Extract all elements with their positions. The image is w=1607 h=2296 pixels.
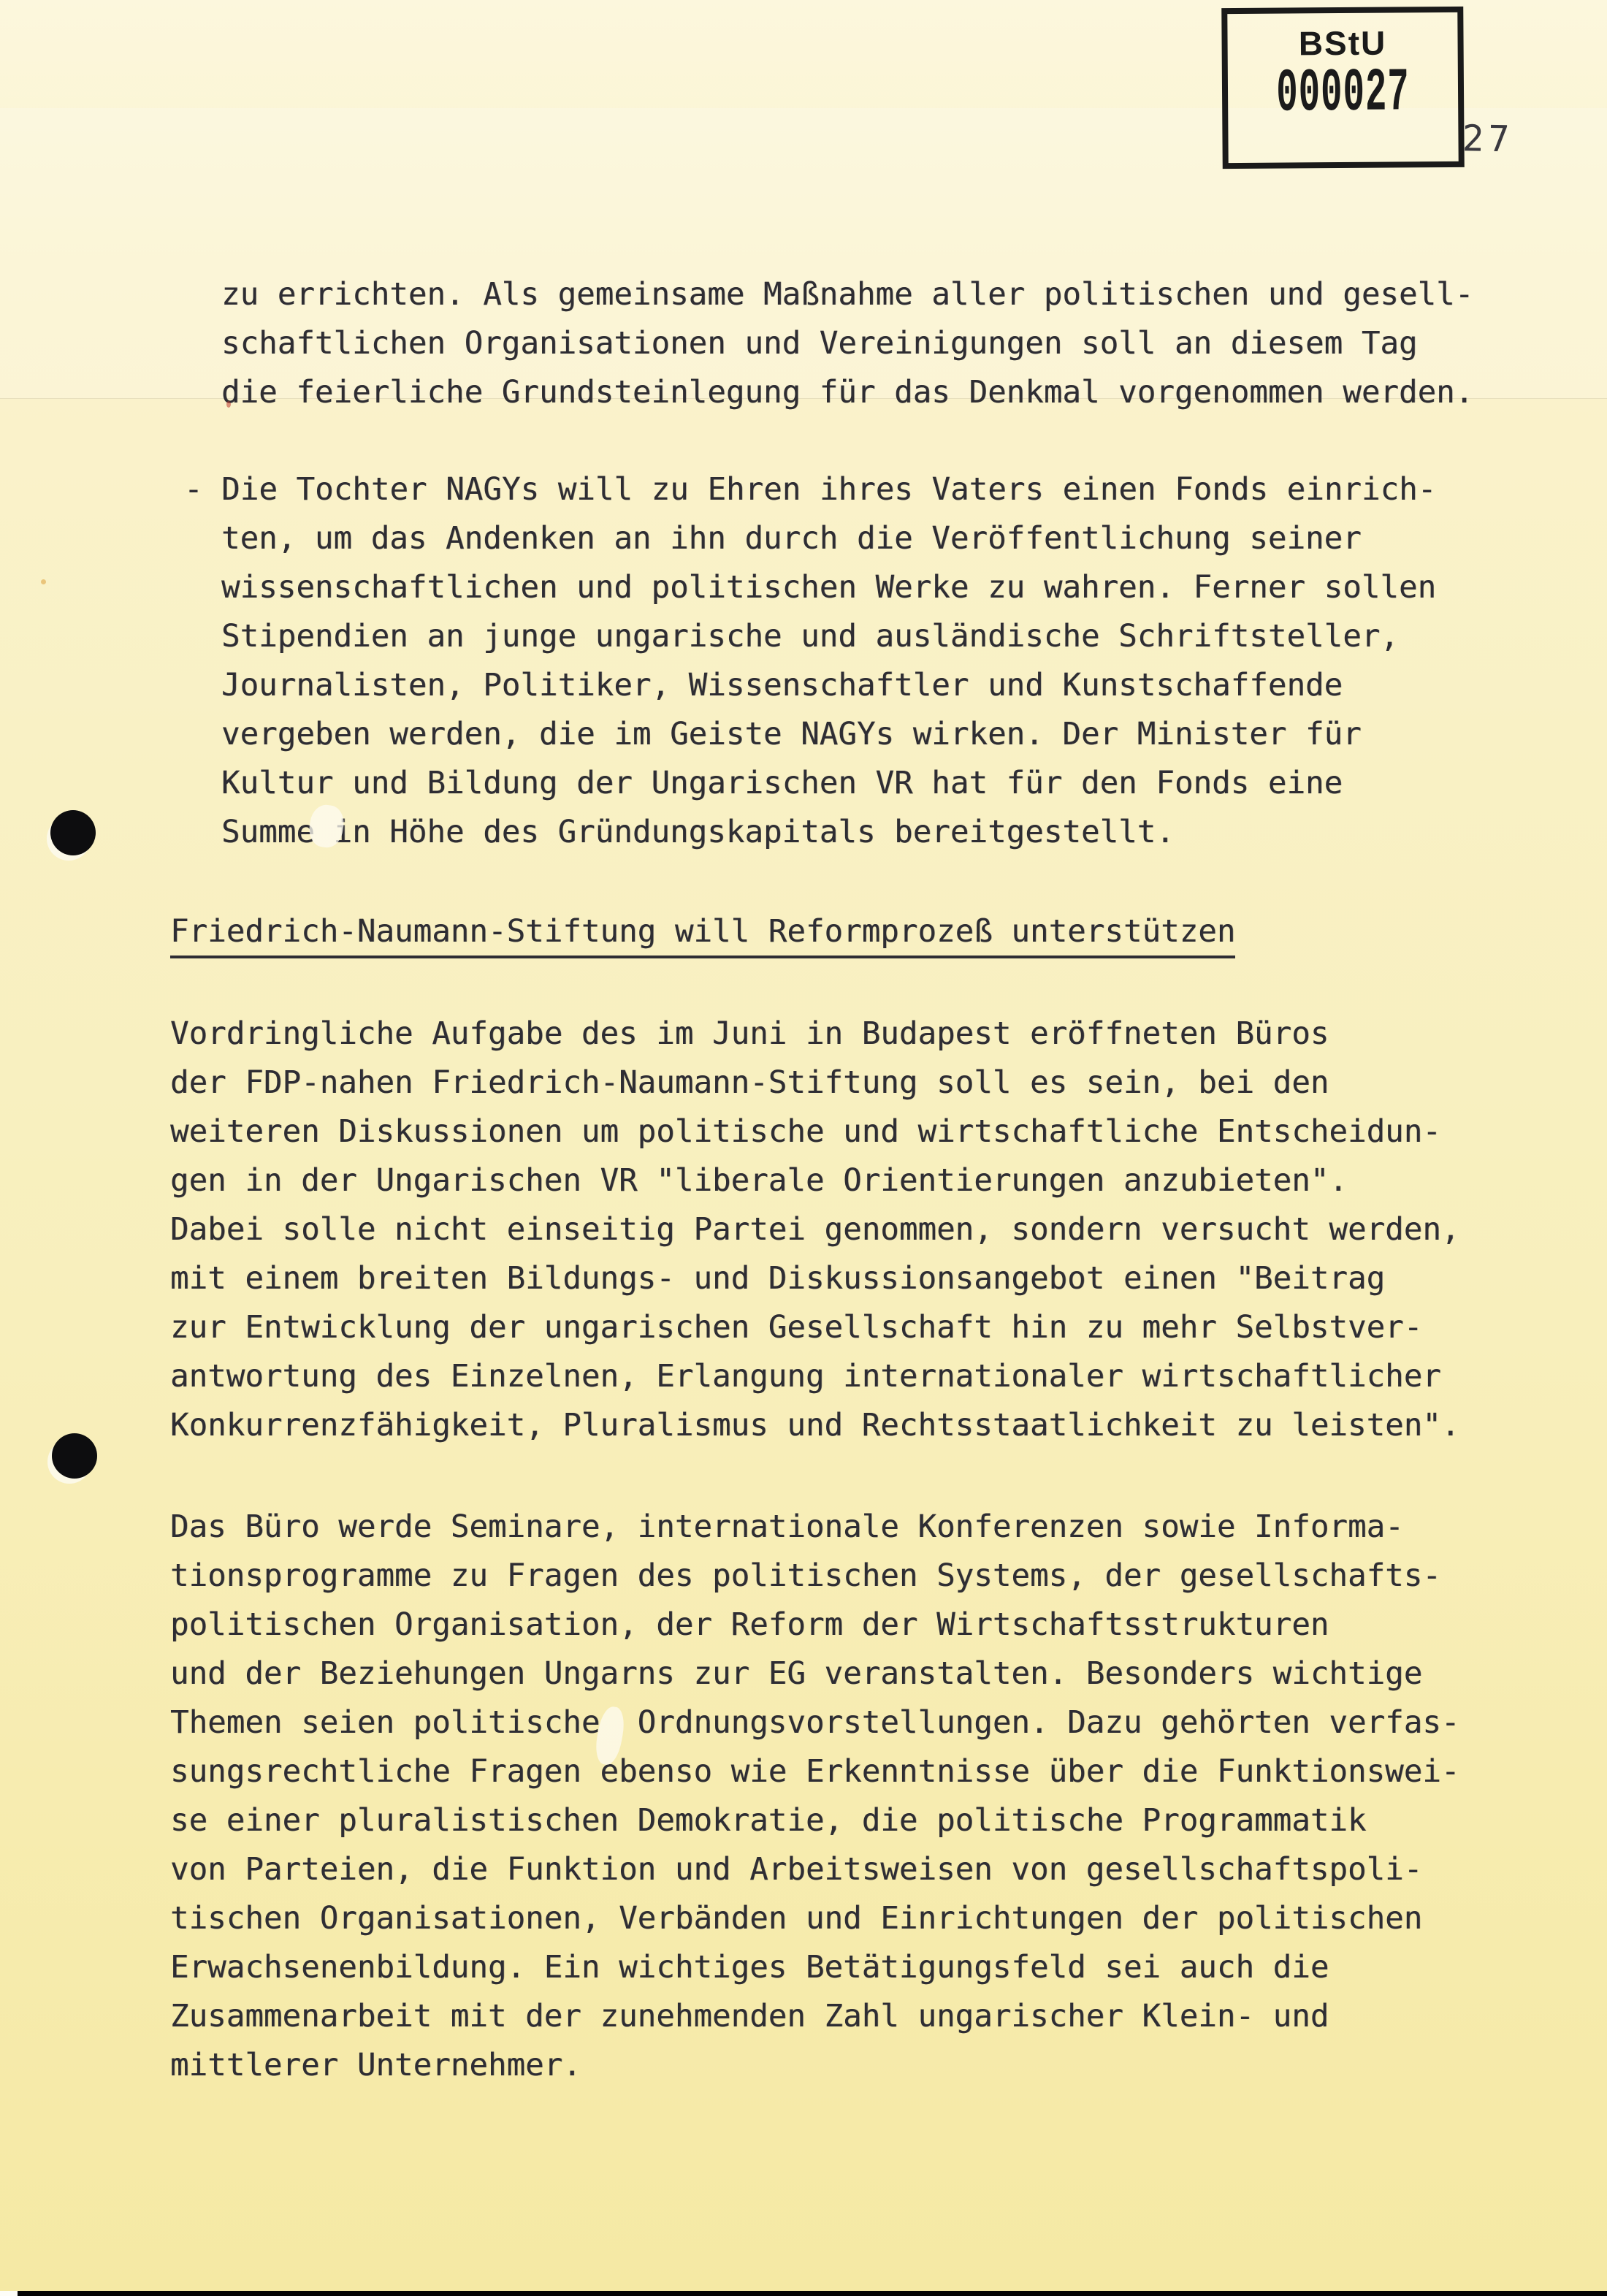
text-line: die feierliche Grundsteinlegung für das … bbox=[221, 368, 1473, 417]
fns-paragraph: Vordringliche Aufgabe des im Juni in Bud… bbox=[170, 1010, 1460, 1450]
text-line: mit einem breiten Bildungs- und Diskussi… bbox=[170, 1254, 1460, 1303]
text-line: antwortung des Einzelnen, Erlangung inte… bbox=[170, 1352, 1460, 1401]
scan-edge-bar bbox=[18, 2291, 1607, 2296]
text-line: se einer pluralistischen Demokratie, die… bbox=[170, 1796, 1460, 1845]
section-heading-text: Friedrich-Naumann-Stiftung will Reformpr… bbox=[170, 915, 1235, 958]
text-line: Summe in Höhe des Gründungskapitals bere… bbox=[184, 808, 1436, 857]
hole-punch-bottom bbox=[52, 1433, 97, 1479]
text-line: von Parteien, die Funktion und Arbeitswe… bbox=[170, 1845, 1460, 1894]
text-line: sungsrechtliche Fragen ebenso wie Erkenn… bbox=[170, 1747, 1460, 1796]
bstu-stamp: BStU 000027 bbox=[1221, 7, 1465, 169]
text-line: Dabei solle nicht einseitig Partei genom… bbox=[170, 1205, 1460, 1254]
text-line: - Die Tochter NAGYs will zu Ehren ihres … bbox=[184, 465, 1436, 514]
text-line: Kultur und Bildung der Ungarischen VR ha… bbox=[184, 759, 1436, 808]
text-line: und der Beziehungen Ungarns zur EG veran… bbox=[170, 1649, 1460, 1698]
text-line: Journalisten, Politiker, Wissenschaftler… bbox=[184, 661, 1436, 710]
bullet-paragraph: - Die Tochter NAGYs will zu Ehren ihres … bbox=[184, 465, 1436, 857]
paper-speck bbox=[41, 579, 46, 584]
stamp-number: 000027 bbox=[1228, 58, 1459, 129]
text-line: Vordringliche Aufgabe des im Juni in Bud… bbox=[170, 1010, 1460, 1059]
scan-edge-corner bbox=[0, 2291, 18, 2296]
handwritten-page-number: 27 bbox=[1462, 118, 1514, 161]
text-line: schaftlichen Organisationen und Vereinig… bbox=[221, 319, 1473, 368]
section-heading: Friedrich-Naumann-Stiftung will Reformpr… bbox=[170, 915, 1235, 958]
text-line: Themen seien politische Ordnungsvorstell… bbox=[170, 1698, 1460, 1747]
text-line: Konkurrenzfähigkeit, Pluralismus und Rec… bbox=[170, 1401, 1460, 1450]
text-line: Erwachsenenbildung. Ein wichtiges Betäti… bbox=[170, 1943, 1460, 1992]
hole-punch-top bbox=[50, 810, 96, 855]
text-line: vergeben werden, die im Geiste NAGYs wir… bbox=[184, 710, 1436, 759]
text-line: tionsprogramme zu Fragen des politischen… bbox=[170, 1552, 1460, 1601]
text-line: zu errichten. Als gemeinsame Maßnahme al… bbox=[221, 270, 1473, 319]
text-line: zur Entwicklung der ungarischen Gesellsc… bbox=[170, 1303, 1460, 1352]
buero-paragraph: Das Büro werde Seminare, internationale … bbox=[170, 1503, 1460, 2090]
document-page: BStU 000027 27 zu errichten. Als gemeins… bbox=[0, 0, 1607, 2296]
text-line: politischen Organisation, der Reform der… bbox=[170, 1601, 1460, 1649]
text-line: ten, um das Andenken an ihn durch die Ve… bbox=[184, 514, 1436, 563]
text-line: mittlerer Unternehmer. bbox=[170, 2041, 1460, 2090]
text-line: weiteren Diskussionen um politische und … bbox=[170, 1107, 1460, 1156]
text-line: Stipendien an junge ungarische und auslä… bbox=[184, 612, 1436, 661]
intro-paragraph: zu errichten. Als gemeinsame Maßnahme al… bbox=[221, 270, 1473, 417]
text-line: gen in der Ungarischen VR "liberale Orie… bbox=[170, 1156, 1460, 1205]
text-line: Das Büro werde Seminare, internationale … bbox=[170, 1503, 1460, 1552]
text-line: wissenschaftlichen und politischen Werke… bbox=[184, 563, 1436, 612]
text-line: der FDP-nahen Friedrich-Naumann-Stiftung… bbox=[170, 1059, 1460, 1107]
text-line: tischen Organisationen, Verbänden und Ei… bbox=[170, 1894, 1460, 1943]
text-line: Zusammenarbeit mit der zunehmenden Zahl … bbox=[170, 1992, 1460, 2041]
